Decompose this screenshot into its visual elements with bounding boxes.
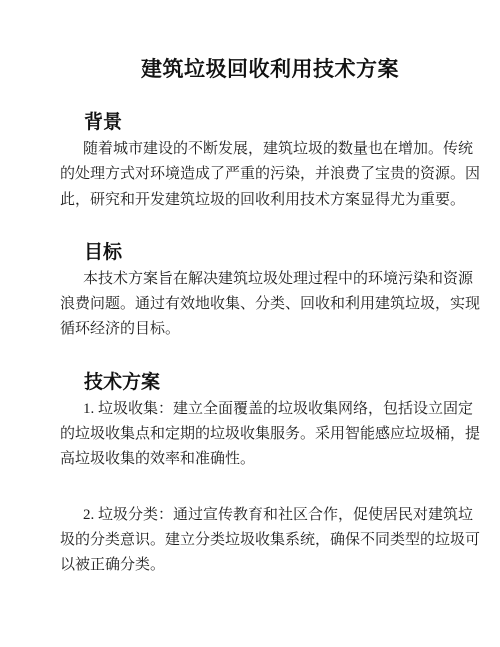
paragraph-goal: 本技术方案旨在解决建筑垃圾处理过程中的环境污染和资源浪费问题。通过有效地收集、分… [60,267,480,343]
section-technical-plan: 技术方案 1. 垃圾收集：建立全面覆盖的垃圾收集网络，包括设立固定的垃圾收集点和… [60,371,480,579]
paragraph-background: 随着城市建设的不断发展，建筑垃圾的数量也在增加。传统的处理方式对环境造成了严重的… [60,137,480,213]
section-goal: 目标 本技术方案旨在解决建筑垃圾处理过程中的环境污染和资源浪费问题。通过有效地收… [60,241,480,343]
section-heading-goal: 目标 [60,241,480,265]
section-heading-technical-plan: 技术方案 [60,371,480,395]
section-heading-background: 背景 [60,111,480,135]
paragraph-waste-sorting: 2. 垃圾分类：通过宣传教育和社区合作，促使居民对建筑垃圾的分类意识。建立分类垃… [60,503,480,579]
document-title: 建筑垃圾回收利用技术方案 [60,0,480,83]
document-page: 建筑垃圾回收利用技术方案 背景 随着城市建设的不断发展，建筑垃圾的数量也在增加。… [0,0,500,647]
paragraph-waste-collection: 1. 垃圾收集：建立全面覆盖的垃圾收集网络，包括设立固定的垃圾收集点和定期的垃圾… [60,397,480,473]
document-content: 建筑垃圾回收利用技术方案 背景 随着城市建设的不断发展，建筑垃圾的数量也在增加。… [0,0,500,579]
section-background: 背景 随着城市建设的不断发展，建筑垃圾的数量也在增加。传统的处理方式对环境造成了… [60,111,480,213]
